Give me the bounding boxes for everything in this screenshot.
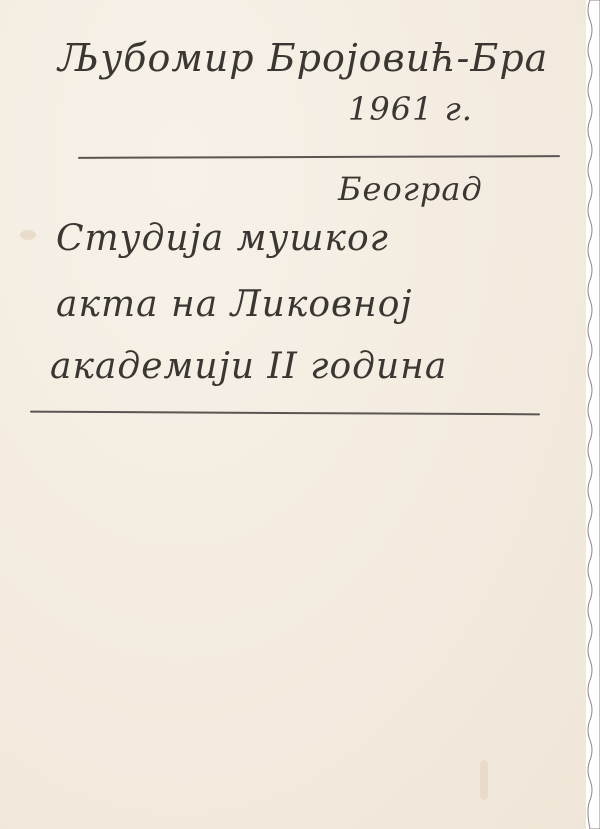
deckled-edge (586, 0, 600, 829)
photo-back-card: Љубомир Бројовић-Бра 1961 г. Београд Сту… (0, 0, 600, 829)
top-divider-line (78, 155, 560, 159)
paper-stain (20, 230, 36, 240)
caption-line-1: Студија мушког (56, 218, 389, 259)
bottom-divider-line (30, 411, 540, 416)
caption-line-2: акта на Ликовној (56, 284, 413, 325)
author-name: Љубомир Бројовић-Бра (58, 36, 548, 80)
place-name: Београд (338, 170, 483, 208)
paper-stain (480, 760, 488, 800)
year: 1961 г. (348, 90, 473, 128)
caption-line-3: академији II година (50, 346, 447, 387)
